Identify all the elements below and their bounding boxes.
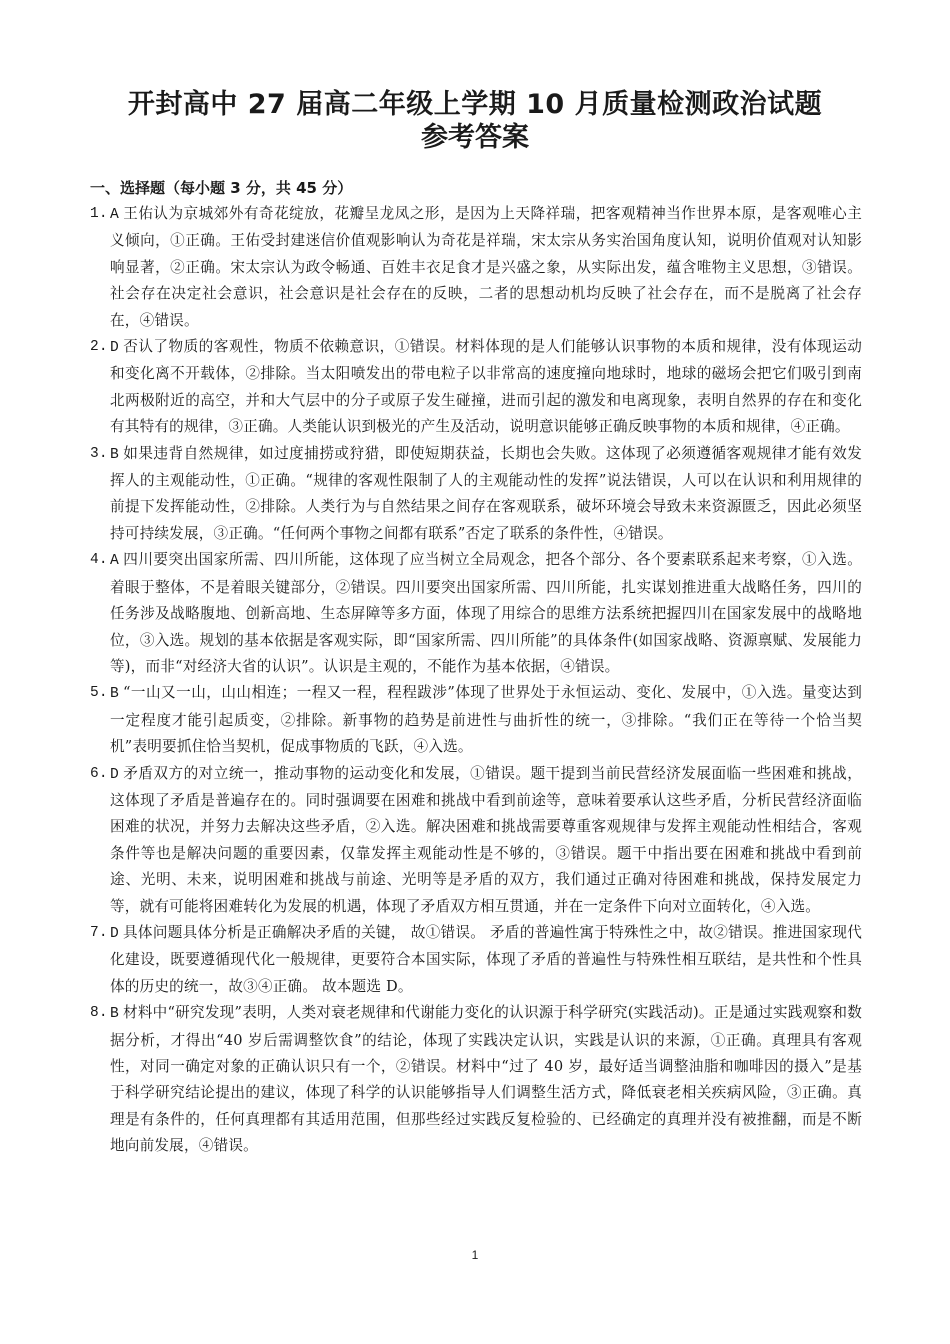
answer-choice: D <box>110 767 119 783</box>
answer-choice: D <box>110 926 119 942</box>
answer-number: 3. <box>90 441 108 467</box>
answer-choice: B <box>110 447 119 463</box>
document-title: 开封高中 27 届高二年级上学期 10 月质量检测政治试题 <box>0 88 950 122</box>
answer-choice: D <box>110 340 119 356</box>
section-heading: 一、选择题（每小题 3 分，共 45 分） <box>90 176 352 200</box>
answer-item-2: 2.D否认了物质的客观性，物质不依赖意识，①错误。材料体现的是人们能够认识事物的… <box>90 334 862 441</box>
answer-choice: A <box>110 553 119 569</box>
document-subtitle: 参考答案 <box>0 121 950 155</box>
answer-number: 2. <box>90 334 108 360</box>
answer-explanation: 材料中“研究发现”表明，人类对衰老规律和代谢能力变化的认识源于科学研究(实践活动… <box>110 1004 862 1154</box>
answer-number: 7. <box>90 920 108 946</box>
answer-explanation: 四川要突出国家所需、四川所能，这体现了应当树立全局观念，把各个部分、各个要素联系… <box>110 551 862 675</box>
answer-item-3: 3.B如果违背自然规律，如过度捕捞或狩猎，即使短期获益，长期也会失败。这体现了必… <box>90 441 862 548</box>
answer-explanation: 如果违背自然规律，如过度捕捞或狩猎，即使短期获益，长期也会失败。这体现了必须遵循… <box>110 445 862 542</box>
answer-item-1: 1.A王佑认为京城郊外有奇花绽放，花瓣呈龙凤之形，是因为上天降祥瑞，把客观精神当… <box>90 201 862 334</box>
answer-item-5: 5.B“一山又一山，山山相连；一程又一程，程程跋涉”体现了世界处于永恒运动、变化… <box>90 680 862 760</box>
answer-choice: B <box>110 1006 119 1022</box>
answer-number: 5. <box>90 680 108 706</box>
answer-explanation: 王佑认为京城郊外有奇花绽放，花瓣呈龙凤之形，是因为上天降祥瑞，把客观精神当作世界… <box>110 205 862 329</box>
answer-choice: A <box>110 207 119 223</box>
answer-number: 4. <box>90 547 108 573</box>
answer-explanation: 否认了物质的客观性，物质不依赖意识，①错误。材料体现的是人们能够认识事物的本质和… <box>110 338 862 435</box>
answer-number: 6. <box>90 761 108 787</box>
answer-explanation: 矛盾双方的对立统一，推动事物的运动变化和发展，①错误。题干提到当前民营经济发展面… <box>110 765 862 915</box>
page-number: 1 <box>0 1248 950 1262</box>
answer-item-8: 8.B材料中“研究发现”表明，人类对衰老规律和代谢能力变化的认识源于科学研究(实… <box>90 1000 862 1159</box>
answer-explanation: 具体问题具体分析是正确解决矛盾的关键， 故①错误。 矛盾的普遍性寓于特殊性之中，… <box>110 924 862 995</box>
answer-item-6: 6.D矛盾双方的对立统一，推动事物的运动变化和发展，①错误。题干提到当前民营经济… <box>90 761 862 920</box>
answer-number: 1. <box>90 201 108 227</box>
answer-choice: B <box>110 686 119 702</box>
answer-explanation: “一山又一山，山山相连；一程又一程，程程跋涉”体现了世界处于永恒运动、变化、发展… <box>110 684 862 755</box>
answer-list: 1.A王佑认为京城郊外有奇花绽放，花瓣呈龙凤之形，是因为上天降祥瑞，把客观精神当… <box>90 201 862 1160</box>
answer-item-7: 7.D具体问题具体分析是正确解决矛盾的关键， 故①错误。 矛盾的普遍性寓于特殊性… <box>90 920 862 1000</box>
answer-number: 8. <box>90 1000 108 1026</box>
answer-item-4: 4.A四川要突出国家所需、四川所能，这体现了应当树立全局观念，把各个部分、各个要… <box>90 547 862 680</box>
